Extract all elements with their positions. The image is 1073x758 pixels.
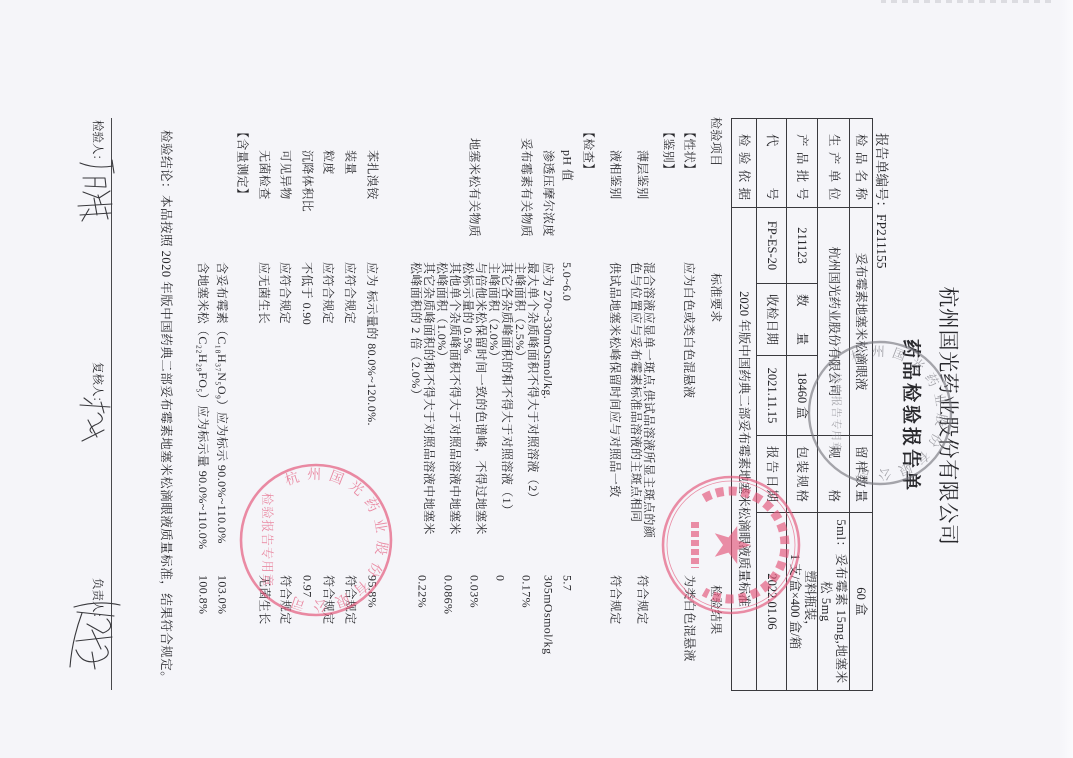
standard-text: 主峰面积（2.5%）	[514, 262, 527, 562]
standard-text: 供试品地塞米松峰保留时间应与对照品一致	[609, 262, 622, 562]
standard-text: 混合溶液应显单一斑点,供试品溶液所显主斑点的颜	[643, 262, 656, 562]
row-assay-tobramycin: 含妥布霉素（C₁₈H₃₇N₅O₉）应为标示 90.0%~110.0% 103.0…	[216, 0, 229, 758]
result-value: 0	[494, 575, 507, 581]
result-value: 0.03%	[468, 575, 481, 608]
standard-text: 应符合规定	[322, 262, 335, 562]
result-value: 0.17%	[520, 575, 533, 608]
section-label: 【性状】	[683, 126, 696, 176]
received-date-label: 收检日期	[757, 284, 787, 356]
criterion: 妥布霉素有关物质 最大单个杂质峰面积不得大于对照溶液（2） 主峰面积（2.5%）…	[514, 262, 540, 562]
result-value: 0.086%	[442, 575, 455, 614]
row-tests: 【检查】	[582, 0, 595, 758]
manufacturer-label: 生产单位	[818, 119, 850, 208]
row-osmolality: 渗透压摩尔浓度 应为 270~330mOsmol/kg. 305mOsmol/k…	[542, 0, 555, 758]
result-value: 符合规定	[279, 575, 292, 625]
criterion: pH 值 5.0~6.0 5.7	[561, 262, 574, 562]
report-number-label: 报告单编号：	[874, 133, 889, 214]
quantity-label: 数 量	[787, 284, 818, 356]
row-tlc-identification: 薄层鉴别 混合溶液应显单一斑点,供试品溶液所显主斑点的颜 色与位置应与妥布霉素标…	[630, 0, 656, 758]
standard-text: 松标示量的 0.5%	[462, 262, 475, 562]
item-label: 粒度	[322, 150, 335, 175]
conclusion-label: 检验结论：	[159, 130, 173, 195]
packaging-value: 塑料瓶装， 1 支/盒×400 盒/箱	[787, 513, 818, 691]
criterion: 沉降体积比 不低于 0.90 0.97	[301, 262, 314, 562]
scan-edge	[1059, 0, 1073, 758]
info-row: 代 号 FP-ES-20 收检日期 2021.11.15 报告日期 2022.0…	[757, 119, 787, 691]
row-identification: 【鉴别】	[662, 0, 675, 758]
section-label: 【含量测定】	[236, 126, 249, 200]
info-row: 检验依据 2020 年版中国药典二部妥布霉素地塞米松滴眼液质量标准	[732, 119, 757, 691]
criterion: 无菌检查 应无菌生长 无菌生长	[258, 262, 271, 562]
standard-text: 含妥布霉素（C₁₈H₃₇N₅O₉）应为标示 90.0%~110.0%	[216, 262, 229, 562]
packaging-label: 包装规格	[787, 436, 818, 513]
result-value: 符合规定	[609, 575, 622, 625]
inspection-conclusion: 检验结论：本品按照 2020 年版中国药典二部妥布霉素地塞米松滴眼液质量标准，结…	[159, 130, 173, 684]
item-label: 妥布霉素有关物质	[520, 138, 533, 237]
result-value: 0.22%	[416, 575, 429, 608]
reviewer-label: 复核人：	[91, 362, 104, 408]
column-header-item: 检验项目	[710, 117, 723, 167]
scanned-report-page: 杭州国光药业股份有限公司 药品检验报告单 报告单编号：FP211155 检品名称…	[0, 0, 1073, 758]
criterion: 其他单个杂质峰面积不得大于对照品溶液中地塞米 松峰面积（1.0%） 0.086%	[436, 262, 462, 562]
product-name-value: 妥布霉素地塞米松滴眼液	[850, 208, 873, 436]
row-ph: pH 值 5.0~6.0 5.7	[561, 0, 574, 758]
result-value: 符合规定	[322, 575, 335, 625]
spec-label: 规 格	[818, 436, 850, 513]
result-value: 0.97	[301, 575, 314, 598]
row-fill-volume: 装量 应符合规定 符合规定	[344, 0, 357, 758]
row-benzalkonium-bromide: 苯扎溴铵 应为 标示量的 80.0%~120.0%. 95.8%	[366, 0, 379, 758]
result-value: 无菌生长	[258, 575, 271, 625]
criterion: 可见异物 应符合规定 符合规定	[279, 262, 292, 562]
standard-text: 应无菌生长	[258, 262, 271, 562]
report-number: 报告单编号：FP211155	[873, 133, 889, 269]
info-row: 生产单位 杭州国光药业股份有限公司 规 格 5ml：妥布霉素 15mg,地塞米松…	[818, 119, 850, 691]
quantity-value: 18460 盒	[787, 356, 818, 436]
criterion: 装量 应符合规定 符合规定	[344, 262, 357, 562]
criterion: 【鉴别】	[662, 262, 675, 562]
standard-text: 松峰面积（1.0%）	[436, 262, 449, 562]
product-name-label: 检品名称	[850, 119, 873, 208]
item-label: 可见异物	[279, 150, 292, 200]
row-sterility: 无菌检查 应无菌生长 无菌生长	[258, 0, 271, 758]
item-label: 苯扎溴铵	[366, 150, 379, 200]
row-assay: 【含量测定】	[236, 0, 249, 758]
retained-qty-value: 60 盒	[850, 513, 873, 691]
row-appearance: 【性状】 应为白色或类白色混悬液 为类白色混悬液	[683, 0, 696, 758]
row-dexamethasone-related-substances: 地塞米松有关物质 与倍他米松保留时间一致的色谱峰，不得过地塞米 松标示量的 0.…	[410, 0, 488, 758]
item-label: 地塞米松有关物质	[468, 138, 481, 237]
report-date-label: 报告日期	[757, 436, 787, 513]
standard-text: 应符合规定	[279, 262, 292, 562]
code-label: 代 号	[757, 119, 787, 208]
report-info-table: 检品名称 妥布霉素地塞米松滴眼液 留样数量 60 盒 生产单位 杭州国光药业股份…	[731, 118, 873, 691]
inspector-label: 检验人：	[91, 120, 104, 166]
item-label: 装量	[344, 150, 357, 175]
empty-line	[236, 262, 249, 562]
batch-value: 211123	[787, 208, 818, 284]
retained-qty-label: 留样数量	[850, 436, 873, 513]
basis-value: 2020 年版中国药典二部妥布霉素地塞米松滴眼液质量标准	[732, 208, 757, 691]
standard-text: 松峰面积的 2 倍（2.0%）	[410, 262, 423, 562]
result-value: 95.8%	[366, 575, 379, 608]
standard-text: 不低于 0.90	[301, 262, 314, 562]
item-label: 无菌检查	[258, 150, 271, 200]
inspection-results: 检验项目 标准要求 检验结果 【性状】 应为白色或类白色混悬液 为类白色混悬液 …	[197, 0, 723, 758]
item-label: 薄层鉴别	[636, 150, 649, 200]
info-row: 检品名称 妥布霉素地塞米松滴眼液 留样数量 60 盒	[850, 119, 873, 691]
criterion: 【含量测定】	[236, 262, 249, 562]
result-value: 为类白色混悬液	[683, 575, 696, 662]
standard-text: 5.0~6.0	[561, 262, 574, 562]
spec-value: 5ml：妥布霉素 15mg,地塞米松 5mg	[818, 513, 850, 691]
standard-text: 应为 270~330mOsmol/kg.	[542, 262, 555, 562]
company-name: 杭州国光药业股份有限公司	[935, 216, 961, 616]
result-value: 103.0%	[216, 575, 229, 614]
empty-line	[662, 262, 675, 562]
row-tobramycin-related-substances: 妥布霉素有关物质 最大单个杂质峰面积不得大于对照溶液（2） 主峰面积（2.5%）…	[488, 0, 540, 758]
signature-divider	[111, 118, 112, 690]
standard-text: 应符合规定	[344, 262, 357, 562]
conclusion-text: 本品按照 2020 年版中国药典二部妥布霉素地塞米松滴眼液质量标准，结果符合规定…	[159, 195, 173, 684]
column-header-result: 检验结果	[710, 585, 723, 635]
row-visible-particles: 可见异物 应符合规定 符合规定	[279, 0, 292, 758]
standard-text: 其他单个杂质峰面积不得大于对照品溶液中地塞米	[449, 262, 462, 562]
criterion: 渗透压摩尔浓度 应为 270~330mOsmol/kg. 305mOsmol/k…	[542, 262, 555, 562]
criterion: 其它各杂质峰面积的和不得大于对照溶液（1） 主峰面积（2.0%） 0	[488, 262, 514, 562]
criterion: 粒度 应符合规定 符合规定	[322, 262, 335, 562]
standard-text: 其它杂质峰面积的和不得大于对照品溶液中地塞米	[423, 262, 436, 562]
code-value: FP-ES-20	[757, 208, 787, 284]
section-label: 【鉴别】	[662, 126, 675, 176]
criterion: 含地塞米松（C₂₂H₂₉FO₅）应为标示量 90.0%~110.0% 100.8…	[197, 262, 210, 562]
supervisor-label: 负责人：	[91, 578, 104, 624]
result-value: 符合规定	[636, 575, 649, 625]
standard-text: 应为 标示量的 80.0%~120.0%.	[366, 262, 379, 562]
result-value: 5.7	[561, 575, 574, 591]
document-title: 药品检验报告单	[897, 216, 923, 616]
row-hplc-identification: 液相鉴别 供试品地塞米松峰保留时间应与对照品一致 符合规定	[609, 0, 622, 758]
batch-label: 产品批号	[787, 119, 818, 208]
standard-text: 与倍他米松保留时间一致的色谱峰，不得过地塞米	[475, 262, 488, 562]
report-number-value: FP211155	[874, 214, 889, 269]
item-label: 液相鉴别	[609, 150, 622, 200]
manufacturer-value: 杭州国光药业股份有限公司	[818, 208, 850, 436]
criterion: 地塞米松有关物质 与倍他米松保留时间一致的色谱峰，不得过地塞米 松标示量的 0.…	[462, 262, 488, 562]
basis-label: 检验依据	[732, 119, 757, 208]
item-label: 沉降体积比	[301, 150, 314, 212]
standard-text: 应为白色或类白色混悬液	[683, 262, 696, 562]
criterion: 薄层鉴别 混合溶液应显单一斑点,供试品溶液所显主斑点的颜 色与位置应与妥布霉素标…	[630, 262, 656, 562]
standard-text: 色与位置应与妥布霉素标准品溶液的主斑点相同	[630, 262, 643, 562]
column-header-standard: 标准要求	[710, 273, 723, 323]
row-assay-dexamethasone: 含地塞米松（C₂₂H₂₉FO₅）应为标示量 90.0%~110.0% 100.8…	[197, 0, 210, 758]
criterion: 【检查】	[582, 262, 595, 562]
standard-text: 其它各杂质峰面积的和不得大于对照溶液（1）	[501, 262, 514, 562]
scan-artifact	[881, 0, 1051, 3]
row-particle-size: 粒度 应符合规定 符合规定	[322, 0, 335, 758]
criterion: 其它杂质峰面积的和不得大于对照品溶液中地塞米 松峰面积的 2 倍（2.0%） 0…	[410, 262, 436, 562]
info-row: 产品批号 211123 数 量 18460 盒 包装规格 塑料瓶装， 1 支/盒…	[787, 119, 818, 691]
results-column-headers: 检验项目 标准要求 检验结果	[710, 0, 723, 758]
received-date-value: 2021.11.15	[757, 356, 787, 436]
empty-line	[582, 262, 595, 562]
report-date-value: 2022.01.06	[757, 513, 787, 691]
row-sedimentation-ratio: 沉降体积比 不低于 0.90 0.97	[301, 0, 314, 758]
criterion: 苯扎溴铵 应为 标示量的 80.0%~120.0%. 95.8%	[366, 262, 379, 562]
signature-inspector	[78, 160, 114, 221]
item-label: pH 值	[561, 150, 574, 181]
item-label: 渗透压摩尔浓度	[542, 150, 555, 237]
standard-text: 主峰面积（2.0%）	[488, 262, 501, 562]
criterion: 含妥布霉素（C₁₈H₃₇N₅O₉）应为标示 90.0%~110.0% 103.0…	[216, 262, 229, 562]
result-value: 100.8%	[197, 575, 210, 614]
result-value: 305mOsmol/kg	[542, 575, 555, 654]
standard-text: 最大单个杂质峰面积不得大于对照溶液（2）	[527, 262, 540, 562]
criterion: 【性状】 应为白色或类白色混悬液 为类白色混悬液	[683, 262, 696, 562]
result-value: 符合规定	[344, 575, 357, 625]
section-label: 【检查】	[582, 126, 595, 176]
standard-text: 含地塞米松（C₂₂H₂₉FO₅）应为标示量 90.0%~110.0%	[197, 262, 210, 562]
criterion: 液相鉴别 供试品地塞米松峰保留时间应与对照品一致 符合规定	[609, 262, 622, 562]
